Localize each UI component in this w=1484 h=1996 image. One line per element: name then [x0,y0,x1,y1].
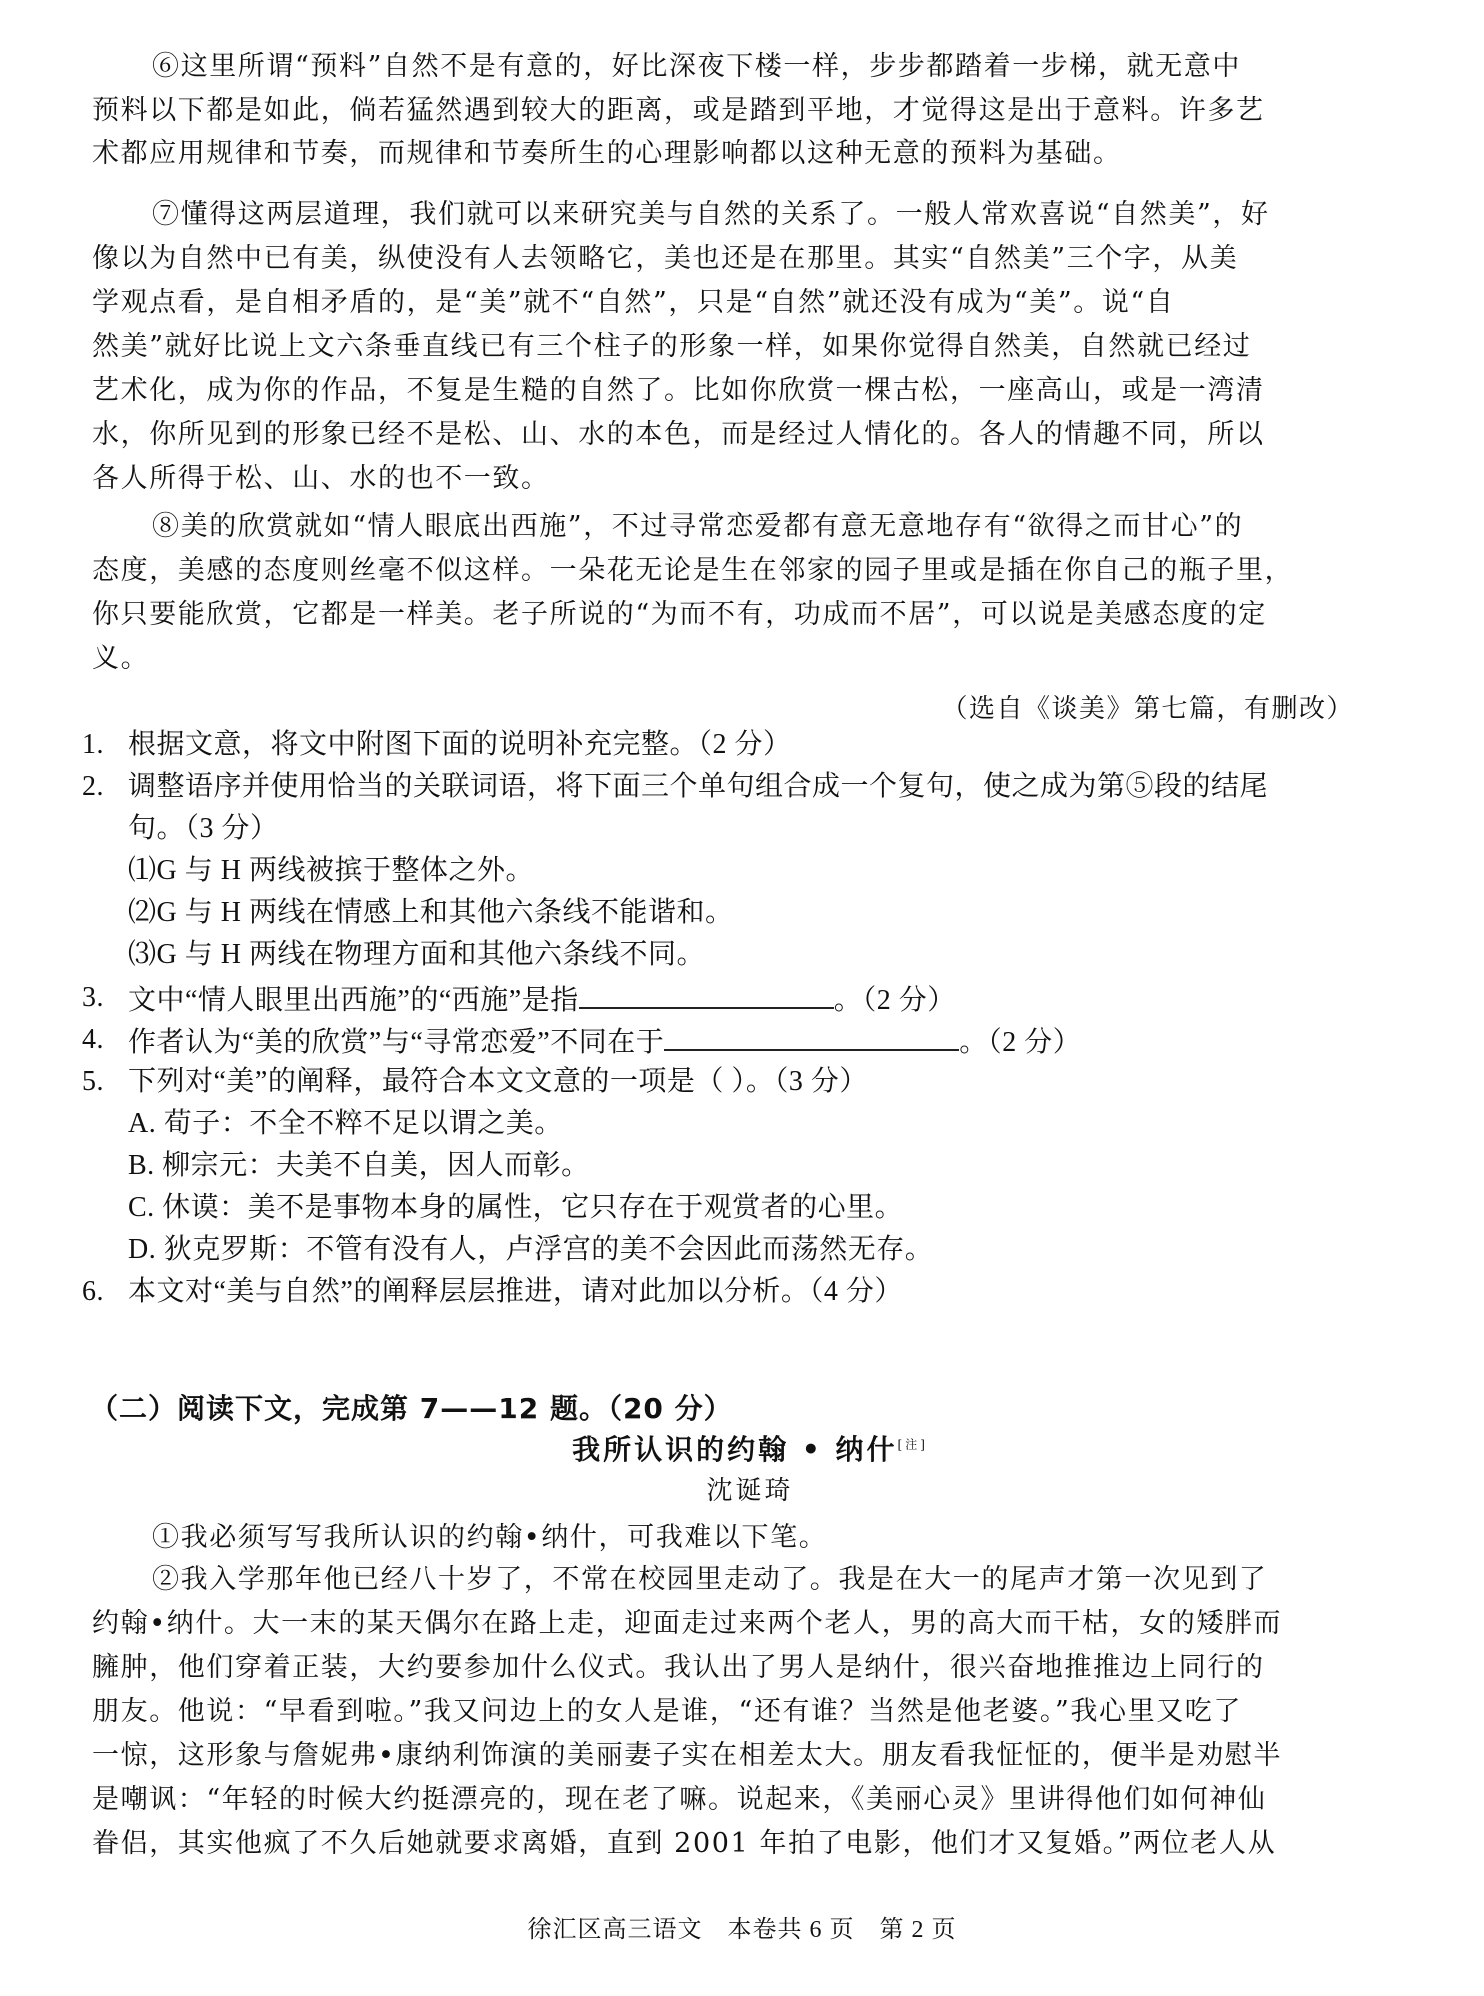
question-2-item-2: ⑵G 与 H 两线在情感上和其他六条线不能谐和。 [128,898,1378,928]
section2-para2-line-7: 眷侣，其实他疯了不久后她就要求离婚，直到 2001 年拍了电影，他们才又复婚。”… [92,1829,1342,1859]
question-4-text: 作者认为“美的欣赏”与“寻常恋爱”不同在于 [128,1027,664,1058]
question-1-text: 根据文意，将文中附图下面的说明补充完整。（2 分） [128,730,1378,760]
para8-line-3: 你只要能欣赏，它都是一样美。老子所说的“为而不有，功成而不居”，可以说是美感态度… [92,600,1342,630]
para7-line-1: ⑦懂得这两层道理，我们就可以来研究美与自然的关系了。一般人常欢喜说“自然美”，好 [152,200,1402,230]
question-2-continuation: 句。（3 分） [128,814,1378,844]
question-4-points: 。（2 分） [959,1027,1081,1058]
source-citation: （选自《谈美》第七篇，有删改） [941,688,1354,725]
para8-line-1: ⑧美的欣赏就如“情人眼底出西施”，不过寻常恋爱都有意无意地存有“欲得之而甘心”的 [152,512,1402,542]
question-2-item-1: ⑴G 与 H 两线被摈于整体之外。 [128,856,1378,886]
article-author: 沈诞琦 [540,1470,960,1507]
question-5-text: 下列对“美”的阐释，最符合本文文意的一项是（ ）。（3 分） [128,1067,1378,1097]
section2-para2-line-2: 约翰•纳什。大一末的某天偶尔在路上走，迎面走过来两个老人，男的高大而干枯，女的矮… [92,1609,1342,1639]
question-3: 文中“情人眼里出西施”的“西施”是指。（2 分） [128,983,1378,1016]
para7-line-3: 学观点看，是自相矛盾的，是“美”就不“自然”，只是“自然”就还没有成为“美”。说… [92,288,1342,318]
para7-line-7: 各人所得于松、山、水的也不一致。 [92,464,1342,494]
exam-page: ⑥这里所谓“预料”自然不是有意的，好比深夜下楼一样，步步都踏着一步梯，就无意中 … [0,0,1484,1996]
question-2-item-3: ⑶G 与 H 两线在物理方面和其他六条线不同。 [128,940,1378,970]
question-3-text: 文中“情人眼里出西施”的“西施”是指 [128,985,579,1016]
section2-para2-line-5: 一惊，这形象与詹妮弗•康纳利饰演的美丽妻子实在相差太大。朋友看我怔怔的，便半是劝… [92,1741,1342,1771]
section2-para2-line-1: ②我入学那年他已经八十岁了，不常在校园里走动了。我是在大一的尾声才第一次见到了 [152,1565,1402,1595]
para6-line-2: 预料以下都是如此，倘若猛然遇到较大的距离，或是踏到平地，才觉得这是出于意料。许多… [92,96,1342,126]
para7-line-5: 艺术化，成为你的作品，不复是生糙的自然了。比如你欣赏一棵古松，一座高山，或是一湾… [92,376,1342,406]
question-5-option-a: A. 荀子：不全不粹不足以谓之美。 [128,1109,1378,1139]
question-3-points: 。（2 分） [834,985,956,1016]
page-footer: 徐汇区高三语文 本卷共 6 页 第 2 页 [0,1909,1484,1944]
article-title: 我所认识的约翰 • 纳什[注] [540,1428,960,1468]
section2-para2-line-3: 臃肿，他们穿着正装，大约要参加什么仪式。我认出了男人是纳什，很兴奋地推推边上同行… [92,1653,1342,1683]
section-2-heading: （二）阅读下文，完成第 7——12 题。（20 分） [90,1387,733,1427]
para6-line-3: 术都应用规律和节奏，而规律和节奏所生的心理影响都以这种无意的预料为基础。 [92,139,1342,169]
question-4: 作者认为“美的欣赏”与“寻常恋爱”不同在于。（2 分） [128,1025,1378,1058]
article-title-note: [注] [898,1438,928,1452]
question-5-option-d: D. 狄克罗斯：不管有没有人，卢浮宫的美不会因此而荡然无存。 [128,1235,1378,1265]
question-5-option-b: B. 柳宗元：夫美不自美，因人而彰。 [128,1151,1378,1181]
section2-para2-line-6: 是嘲讽：“年轻的时候大约挺漂亮的，现在老了嘛。说起来，《美丽心灵》里讲得他们如何… [92,1785,1342,1815]
question-2-text: 调整语序并使用恰当的关联词语，将下面三个单句组合成一个复句，使之成为第⑤段的结尾 [128,772,1378,802]
para8-line-2: 态度，美感的态度则丝毫不似这样。一朵花无论是生在邻家的园子里或是插在你自己的瓶子… [92,556,1342,586]
question-5-option-c: C. 休谟：美不是事物本身的属性，它只存在于观赏者的心里。 [128,1193,1378,1223]
question-4-answer-blank[interactable] [664,1025,959,1051]
article-title-text: 我所认识的约翰 • 纳什 [572,1433,897,1466]
para6-line-1: ⑥这里所谓“预料”自然不是有意的，好比深夜下楼一样，步步都踏着一步梯，就无意中 [152,52,1402,82]
section2-para1: ①我必须写写我所认识的约翰•纳什，可我难以下笔。 [152,1523,1402,1553]
question-6-text: 本文对“美与自然”的阐释层层推进，请对此加以分析。（4 分） [128,1277,1378,1307]
para7-line-6: 水，你所见到的形象已经不是松、山、水的本色，而是经过人情化的。各人的情趣不同，所… [92,420,1342,450]
para8-line-4: 义。 [92,644,1342,674]
section2-para2-line-4: 朋友。他说：“早看到啦。”我又问边上的女人是谁，“还有谁？当然是他老婆。”我心里… [92,1697,1342,1727]
para7-line-2: 像以为自然中已有美，纵使没有人去领略它，美也还是在那里。其实“自然美”三个字，从… [92,244,1342,274]
para7-line-4: 然美”就好比说上文六条垂直线已有三个柱子的形象一样，如果你觉得自然美，自然就已经… [92,332,1342,362]
question-3-answer-blank[interactable] [579,983,834,1009]
